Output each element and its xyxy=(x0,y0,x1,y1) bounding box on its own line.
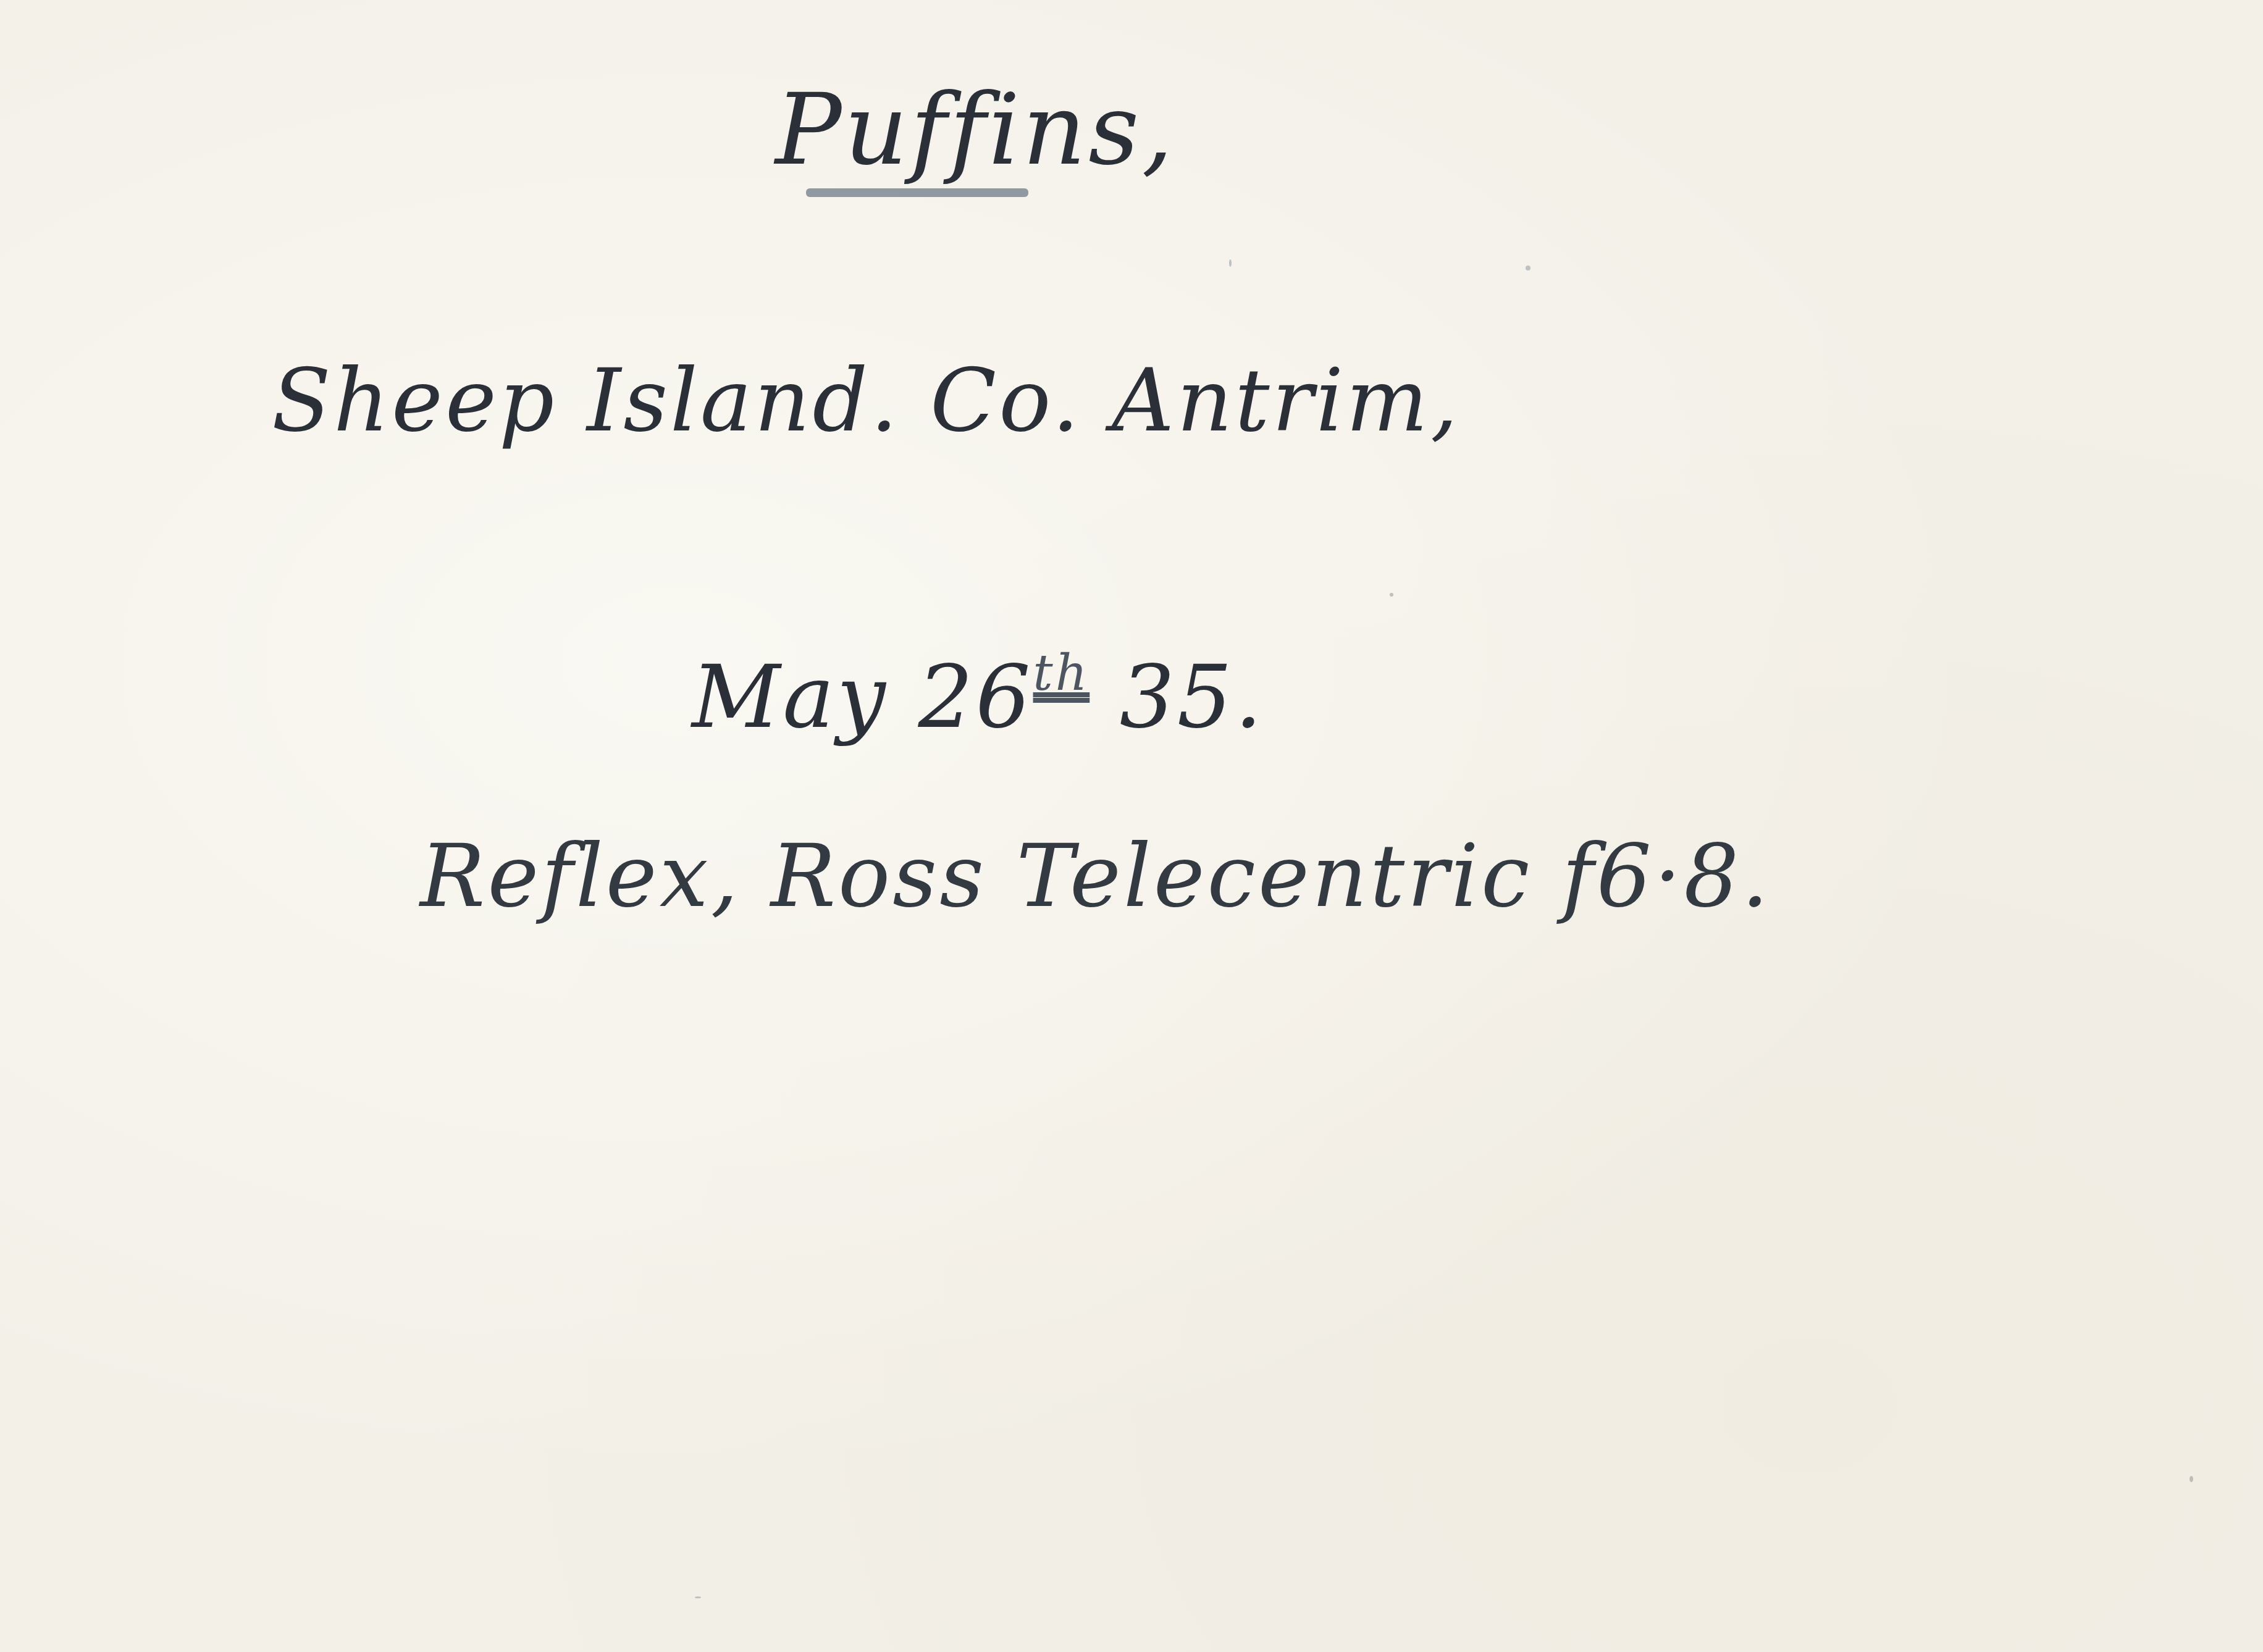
location-line: Sheep Island. Co. Antrim, xyxy=(272,346,1461,457)
title-line: Puffins , xyxy=(775,68,1175,191)
paper-speck xyxy=(1390,593,1393,597)
paper-speck xyxy=(1526,266,1530,270)
paper-speck xyxy=(1229,259,1232,267)
title-text: Puffins xyxy=(775,68,1141,191)
handwritten-card: Puffins , Sheep Island. Co. Antrim, May … xyxy=(0,0,2263,1652)
title-underline xyxy=(806,188,1028,197)
paper-speck xyxy=(695,1596,701,1598)
title-word: Puffins xyxy=(775,72,1141,187)
date-year: 35. xyxy=(1090,647,1264,748)
camera-line: Reflex, Ross Telecentric f6·8. xyxy=(420,821,1771,933)
date-day: May 26 xyxy=(692,647,1033,748)
date-line: May 26th 35. xyxy=(692,618,1264,753)
paper-speck xyxy=(2190,1476,2193,1482)
title-comma: , xyxy=(1141,72,1175,187)
date-ordinal: th xyxy=(1033,644,1090,702)
